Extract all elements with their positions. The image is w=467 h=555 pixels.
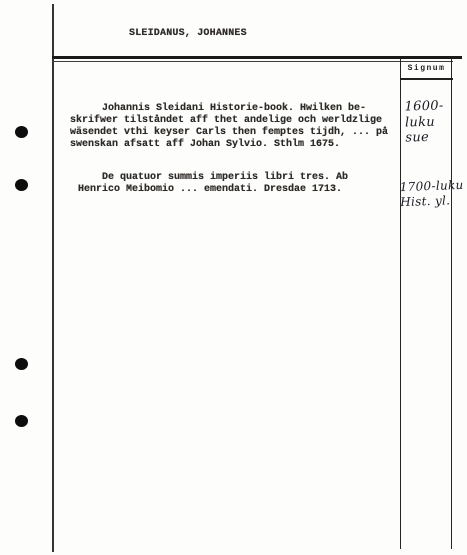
entry-text-line: skrifwer tilståndet aff thet andelige oc… (70, 115, 388, 127)
hole-punch-dot (15, 126, 28, 138)
signum-column-left-border (400, 58, 401, 549)
entry-text-line: Henrico Meibomio ... emendati. Dresdae 1… (78, 184, 348, 196)
signum-annotation: 1600- luku sue (404, 98, 444, 146)
catalog-entry: Johannis Sleidani Historie-book. Hwilken… (70, 103, 388, 151)
card-heading: SLEIDANUS, JOHANNES (129, 28, 247, 39)
hole-punch-dot (15, 415, 28, 427)
hole-punch-dot (15, 358, 28, 370)
signum-column-header: Signum (401, 64, 452, 73)
entry-text-line: wäsendet vthi keyser Carls then femptes … (70, 127, 388, 139)
catalog-card: SLEIDANUS, JOHANNES Signum Johannis Slei… (0, 0, 467, 555)
signum-annotation-line: Hist. yl. (400, 193, 464, 210)
header-rule-echo (52, 61, 453, 62)
signum-annotation-line: 1600- (404, 98, 443, 115)
signum-annotation-line: sue (405, 129, 444, 146)
signum-annotation-line: luku (405, 114, 444, 131)
entry-text-line: De quatuor summis imperiis libri tres. A… (102, 172, 348, 184)
entry-text-line: Johannis Sleidani Historie-book. Hwilken… (102, 103, 388, 115)
hole-punch-dot (15, 179, 28, 191)
signum-annotation-line: 1700-luku (399, 178, 463, 195)
entry-text-line: swenskan afsatt aff Johan Sylvio. Sthlm … (70, 139, 388, 151)
signum-header-underline (400, 78, 453, 80)
catalog-entry: De quatuor summis imperiis libri tres. A… (70, 172, 348, 196)
left-margin-rule (52, 4, 54, 552)
signum-annotation: 1700-luku Hist. yl. (399, 178, 464, 210)
signum-column-right-border (451, 58, 452, 549)
